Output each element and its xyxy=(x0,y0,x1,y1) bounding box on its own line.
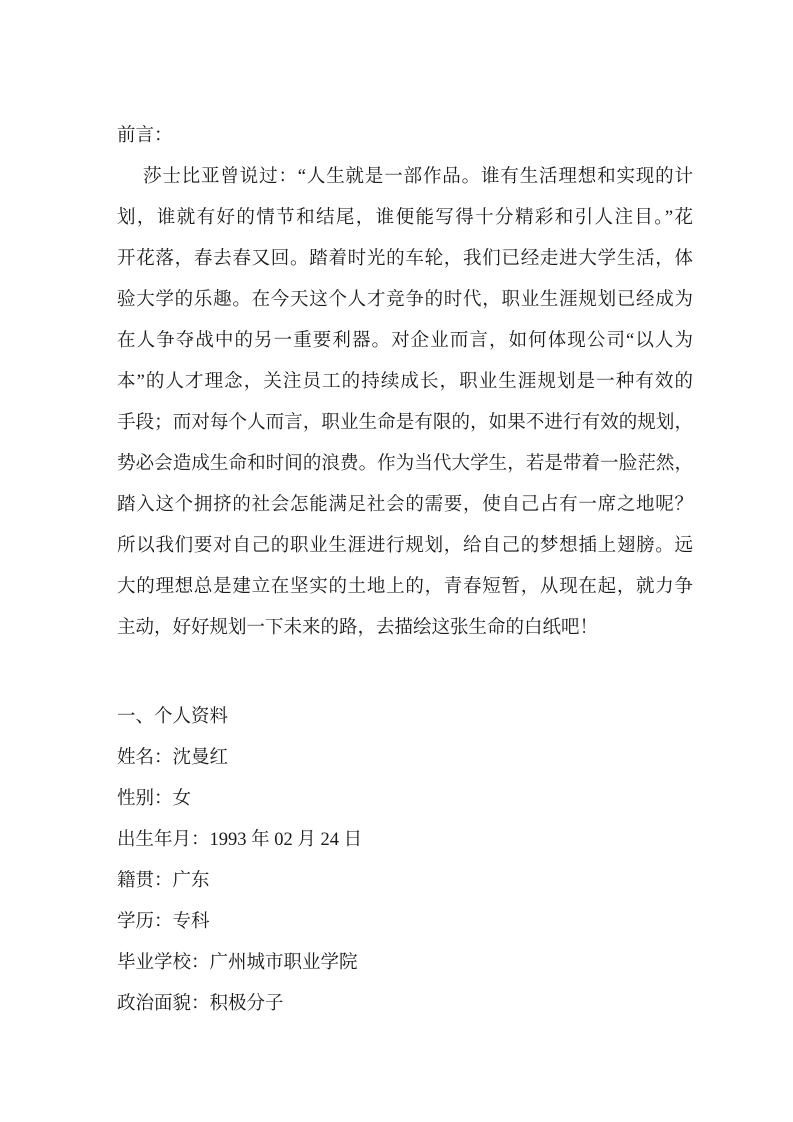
info-label: 学历： xyxy=(117,912,173,932)
preface-line: 主动，好好规划一下未来的路，去描绘这张生命的白纸吧！ xyxy=(117,608,693,649)
preface-line: 踏入这个拥挤的社会怎能满足社会的需要，使自己占有一席之地呢？ xyxy=(117,485,693,526)
preface-line: 莎士比亚曾说过：“人生就是一部作品。谁有生活理想和实现的计 xyxy=(117,157,693,198)
info-label: 性别： xyxy=(117,789,173,809)
info-label: 政治面貌： xyxy=(117,994,210,1014)
info-value: 沈曼红 xyxy=(173,748,229,768)
info-item-political-status: 政治面貌：积极分子 xyxy=(117,984,693,1025)
preface-paragraph: 莎士比亚曾说过：“人生就是一部作品。谁有生活理想和实现的计 划，谁就有好的情节和… xyxy=(117,157,693,649)
preface-line: 开花落，春去春又回。踏着时光的车轮，我们已经走进大学生活，体 xyxy=(117,239,693,280)
section-heading-personal-info: 一、个人资料 xyxy=(117,697,693,738)
info-item-school: 毕业学校：广州城市职业学院 xyxy=(117,943,693,984)
info-item-education: 学历：专科 xyxy=(117,902,693,943)
info-item-native-place: 籍贯：广东 xyxy=(117,861,693,902)
preface-line: 势必会造成生命和时间的浪费。作为当代大学生，若是带着一脸茫然， xyxy=(117,444,693,485)
info-value: 专科 xyxy=(173,912,210,932)
info-label: 毕业学校： xyxy=(117,953,210,973)
info-item-birthdate: 出生年月：1993 年 02 月 24 日 xyxy=(117,820,693,861)
preface-line: 划，谁就有好的情节和结尾，谁便能写得十分精彩和引人注目。”花 xyxy=(117,198,693,239)
info-item-gender: 性别：女 xyxy=(117,779,693,820)
info-label: 籍贯： xyxy=(117,871,173,891)
preface-line: 手段；而对每个人而言，职业生命是有限的，如果不进行有效的规划， xyxy=(117,403,693,444)
info-value: 女 xyxy=(173,789,192,809)
info-value: 积极分子 xyxy=(210,994,284,1014)
info-value: 1993 年 02 月 24 日 xyxy=(210,830,363,850)
preface-line: 所以我们要对自己的职业生涯进行规划，给自己的梦想插上翅膀。远 xyxy=(117,526,693,567)
personal-info-list: 姓名：沈曼红 性别：女 出生年月：1993 年 02 月 24 日 籍贯：广东 … xyxy=(117,738,693,1025)
document-content: 前言： 莎士比亚曾说过：“人生就是一部作品。谁有生活理想和实现的计 划，谁就有好… xyxy=(117,116,693,1025)
preface-line: 大的理想总是建立在坚实的土地上的，青春短暂，从现在起，就力争 xyxy=(117,567,693,608)
preface-line: 验大学的乐趣。在今天这个人才竞争的时代，职业生涯规划已经成为 xyxy=(117,280,693,321)
info-label: 姓名： xyxy=(117,748,173,768)
preface-line: 在人争夺战中的另一重要利器。对企业而言，如何体现公司“以人为 xyxy=(117,321,693,362)
preface-line: 本”的人才理念，关注员工的持续成长，职业生涯规划是一种有效的 xyxy=(117,362,693,403)
info-item-name: 姓名：沈曼红 xyxy=(117,738,693,779)
info-label: 出生年月： xyxy=(117,830,210,850)
info-value: 广东 xyxy=(173,871,210,891)
document-page: 前言： 莎士比亚曾说过：“人生就是一部作品。谁有生活理想和实现的计 划，谁就有好… xyxy=(0,0,793,1122)
preface-heading: 前言： xyxy=(117,116,693,157)
info-value: 广州城市职业学院 xyxy=(210,953,358,973)
